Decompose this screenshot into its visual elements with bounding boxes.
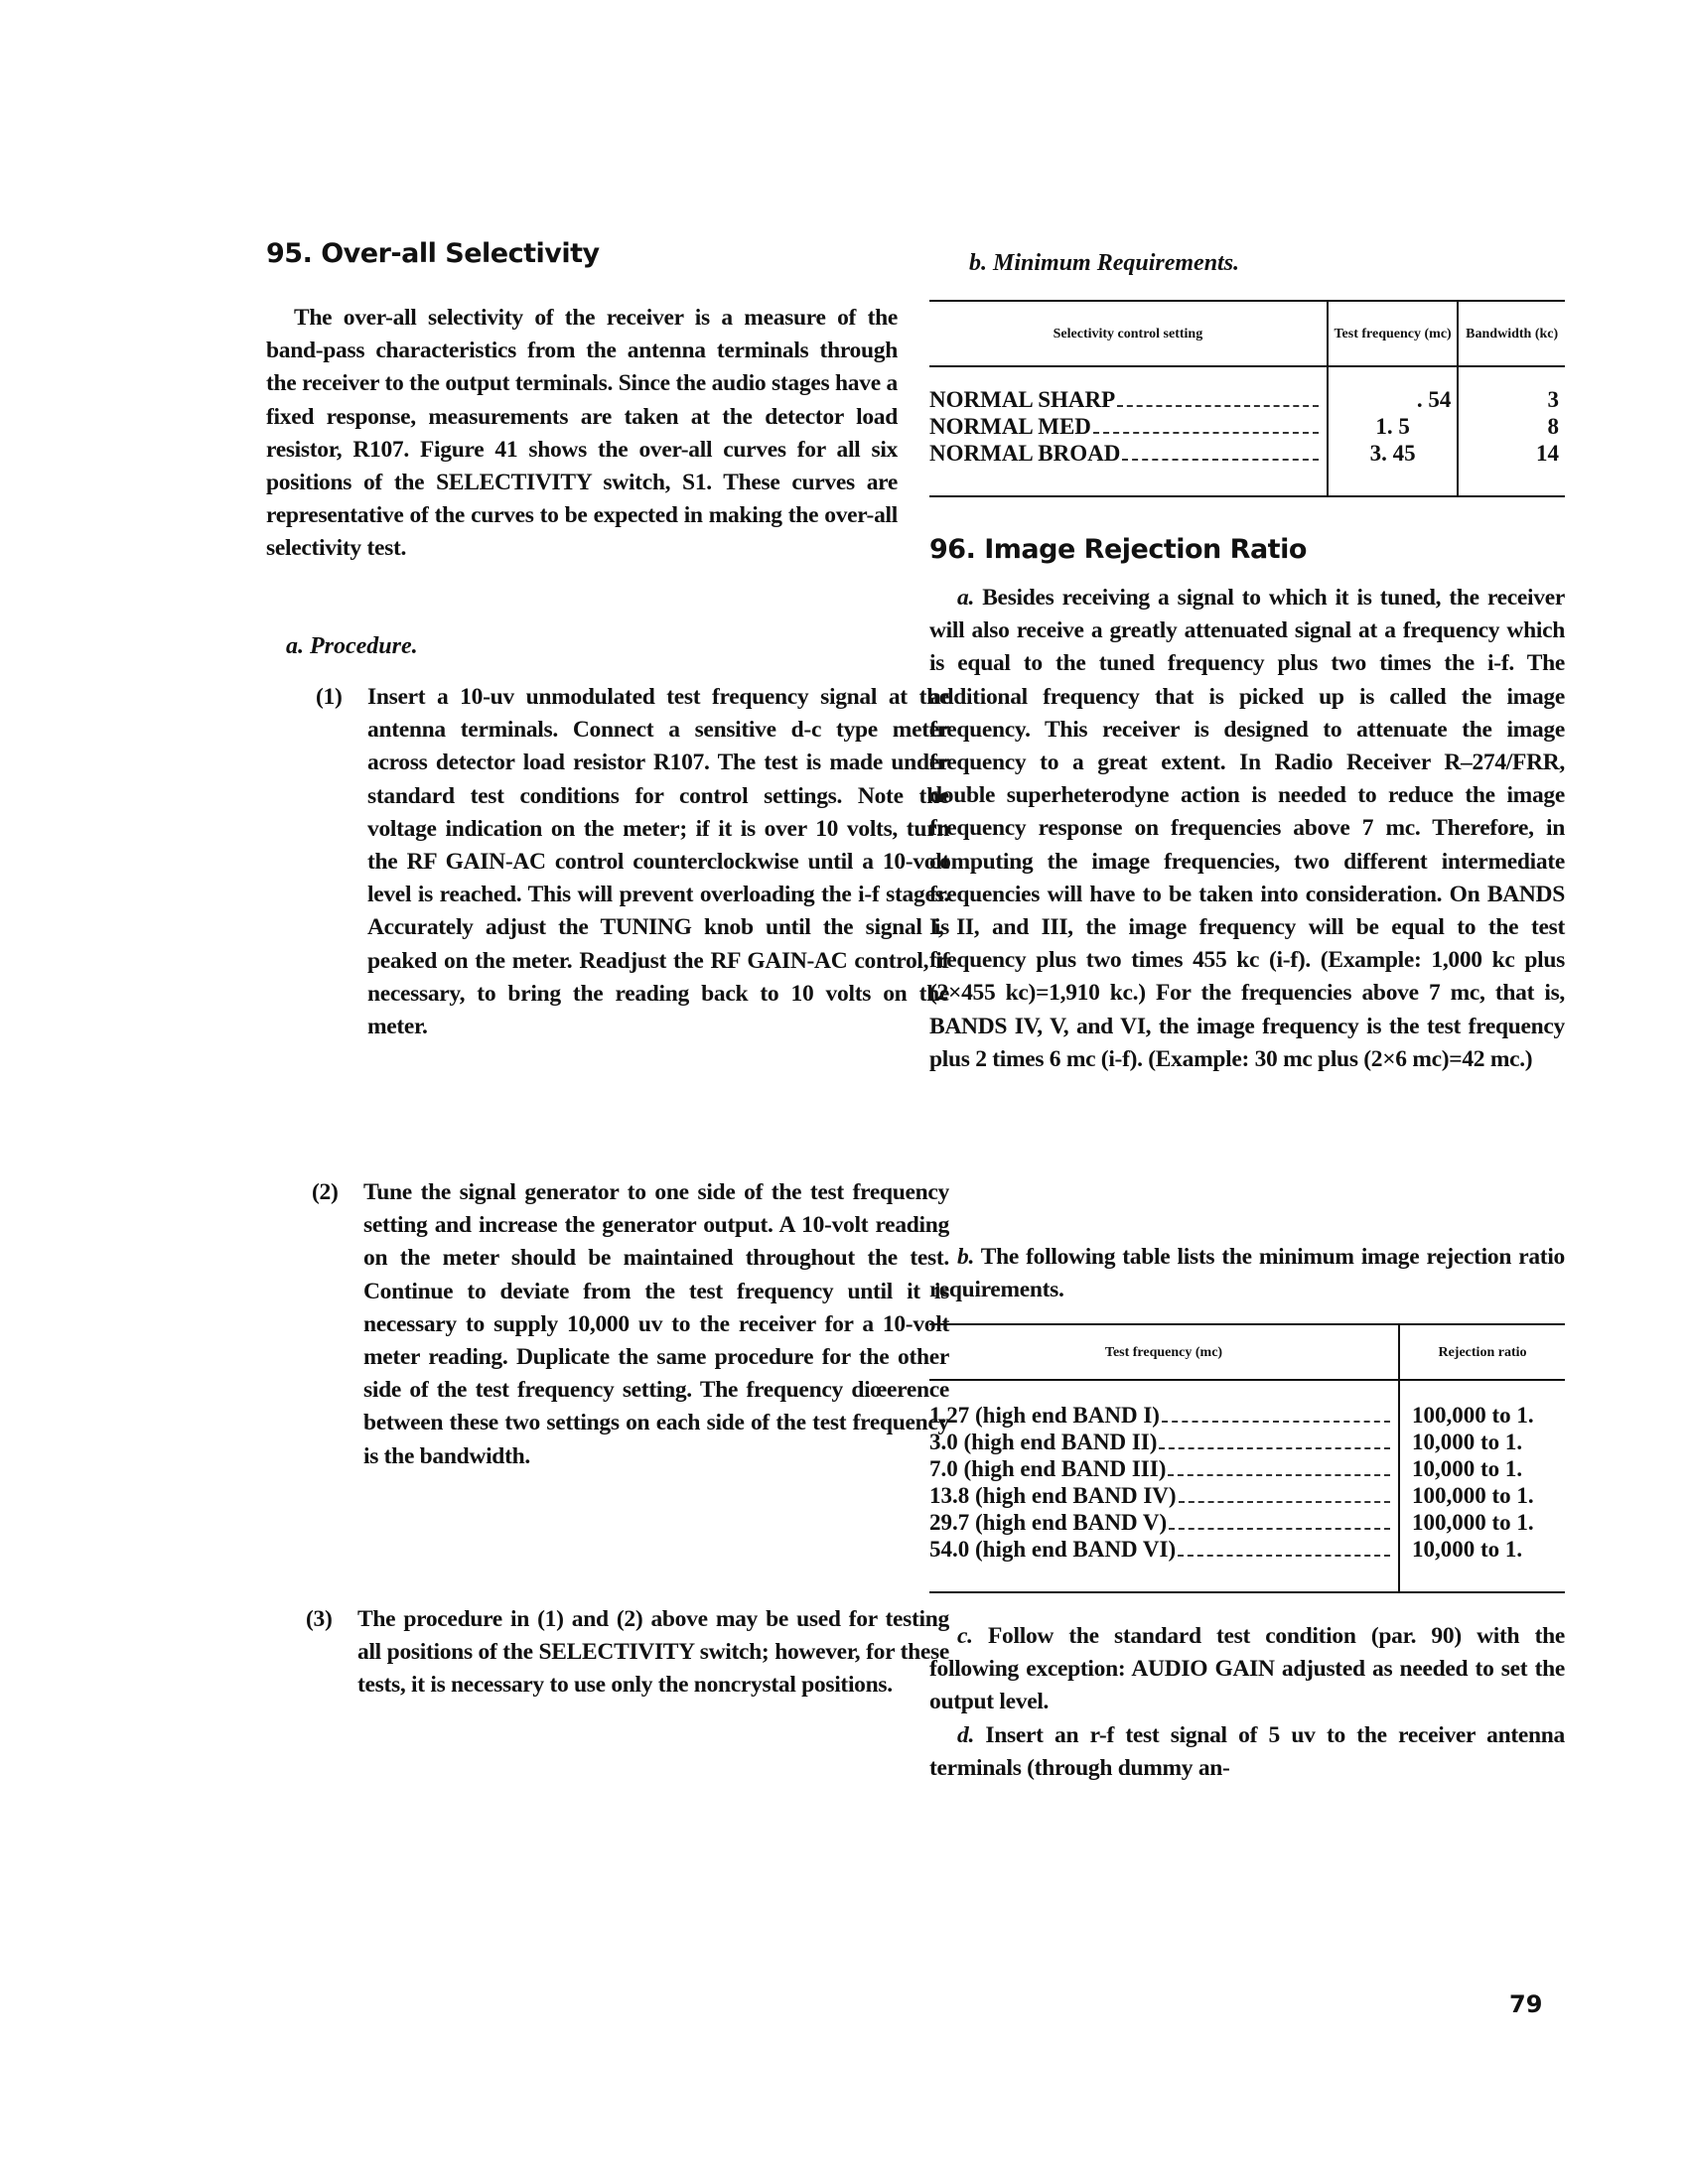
- test-frequency: 7.0 (high end BAND III): [929, 1455, 1166, 1482]
- table-row: 1.27 (high end BAND I) 100,000 to 1.: [929, 1402, 1565, 1429]
- test-frequency: 1. 5: [1328, 413, 1458, 440]
- para-d-text: Insert an r-f test signal of 5 uv to the…: [929, 1722, 1565, 1781]
- test-frequency: 29.7 (high end BAND V): [929, 1509, 1167, 1536]
- section-95-heading: 95. Over-all Selectivity: [266, 238, 600, 269]
- test-frequency: 3.0 (high end BAND II): [929, 1429, 1157, 1455]
- table-row: 13.8 (high end BAND IV) 100,000 to 1.: [929, 1482, 1565, 1509]
- selectivity-setting: NORMAL MED: [929, 413, 1091, 440]
- selectivity-requirements-table: Selectivity control setting Test frequen…: [929, 300, 1565, 497]
- header-selectivity-setting: Selectivity control setting: [929, 301, 1328, 366]
- min-req-letter: b.: [969, 250, 987, 276]
- rejection-ratio-table: Test frequency (mc) Rejection ratio 1.27…: [929, 1323, 1565, 1593]
- procedure-step-3: (3)The procedure in (1) and (2) above ma…: [306, 1603, 949, 1703]
- leader-dots: [1117, 405, 1319, 407]
- procedure-step-2: (2)Tune the signal generator to one side…: [312, 1176, 949, 1473]
- table-row: 29.7 (high end BAND V) 100,000 to 1.: [929, 1509, 1565, 1536]
- header-bandwidth: Bandwidth (kc): [1458, 301, 1565, 366]
- section-96-para-b: b. The following table lists the minimum…: [929, 1241, 1565, 1306]
- selectivity-setting: NORMAL BROAD: [929, 440, 1120, 467]
- step-text: Tune the signal generator to one side of…: [363, 1179, 949, 1469]
- leader-dots: [1162, 1421, 1390, 1423]
- step-text: The procedure in (1) and (2) above may b…: [357, 1606, 949, 1698]
- section-96-heading: 96. Image Rejection Ratio: [929, 534, 1307, 565]
- bandwidth: 14: [1458, 440, 1565, 467]
- rejection-ratio: 10,000 to 1.: [1399, 1455, 1565, 1482]
- section-95-intro: The over-all selectivity of the receiver…: [266, 302, 898, 566]
- test-frequency: 1.27 (high end BAND I): [929, 1402, 1160, 1429]
- para-a-text: Besides receiving a signal to which it i…: [929, 585, 1565, 1072]
- para-c-letter: c.: [957, 1623, 973, 1649]
- table-row: 7.0 (high end BAND III) 10,000 to 1.: [929, 1455, 1565, 1482]
- min-requirements-subheading: b. Minimum Requirements.: [969, 250, 1239, 277]
- leader-dots: [1179, 1501, 1390, 1503]
- min-req-title: Minimum Requirements.: [993, 250, 1239, 276]
- step-number: (1): [316, 681, 367, 714]
- leader-dots: [1169, 1528, 1390, 1530]
- procedure-title: Procedure.: [310, 633, 418, 659]
- para-b-letter: b.: [957, 1244, 974, 1270]
- leader-dots: [1178, 1555, 1390, 1557]
- section-96-para-c: c. Follow the standard test condition (p…: [929, 1620, 1565, 1719]
- rejection-ratio: 100,000 to 1.: [1399, 1402, 1565, 1429]
- header-test-frequency: Test frequency (mc): [1328, 301, 1458, 366]
- leader-dots: [1122, 459, 1319, 461]
- section-96-para-a: a. Besides receiving a signal to which i…: [929, 582, 1565, 1076]
- leader-dots: [1168, 1474, 1390, 1476]
- procedure-step-1: (1)Insert a 10-uv unmodulated test frequ…: [316, 681, 949, 1043]
- header-test-frequency: Test frequency (mc): [929, 1324, 1399, 1380]
- test-frequency: 54.0 (high end BAND VI): [929, 1536, 1176, 1563]
- test-frequency: 3. 45: [1328, 440, 1458, 467]
- para-b-text: The following table lists the minimum im…: [929, 1244, 1565, 1302]
- procedure-letter: a.: [286, 633, 304, 659]
- test-frequency: 13.8 (high end BAND IV): [929, 1482, 1177, 1509]
- leader-dots: [1159, 1447, 1390, 1449]
- rejection-ratio: 100,000 to 1.: [1399, 1482, 1565, 1509]
- table-row: NORMAL BROAD 3. 45 14: [929, 440, 1565, 467]
- bandwidth: 3: [1458, 386, 1565, 413]
- bandwidth: 8: [1458, 413, 1565, 440]
- rejection-ratio: 10,000 to 1.: [1399, 1536, 1565, 1563]
- para-c-text: Follow the standard test condition (par.…: [929, 1623, 1565, 1714]
- header-rejection-ratio: Rejection ratio: [1399, 1324, 1565, 1380]
- table-row: NORMAL MED 1. 5 8: [929, 413, 1565, 440]
- rejection-ratio: 10,000 to 1.: [1399, 1429, 1565, 1455]
- step-text: Insert a 10-uv unmodulated test frequenc…: [367, 684, 949, 1039]
- procedure-subheading: a. Procedure.: [286, 633, 418, 660]
- step-number: (3): [306, 1603, 357, 1636]
- para-d-letter: d.: [957, 1722, 974, 1748]
- para-a-letter: a.: [957, 585, 974, 611]
- rejection-ratio: 100,000 to 1.: [1399, 1509, 1565, 1536]
- table-row: 54.0 (high end BAND VI) 10,000 to 1.: [929, 1536, 1565, 1563]
- table-row: 3.0 (high end BAND II) 10,000 to 1.: [929, 1429, 1565, 1455]
- page-number: 79: [1509, 1990, 1542, 2018]
- section-96-para-d: d. Insert an r-f test signal of 5 uv to …: [929, 1719, 1565, 1785]
- table-row: NORMAL SHARP . 54 3: [929, 386, 1565, 413]
- test-frequency: . 54: [1328, 386, 1458, 413]
- step-number: (2): [312, 1176, 363, 1209]
- selectivity-setting: NORMAL SHARP: [929, 386, 1115, 413]
- leader-dots: [1093, 432, 1319, 434]
